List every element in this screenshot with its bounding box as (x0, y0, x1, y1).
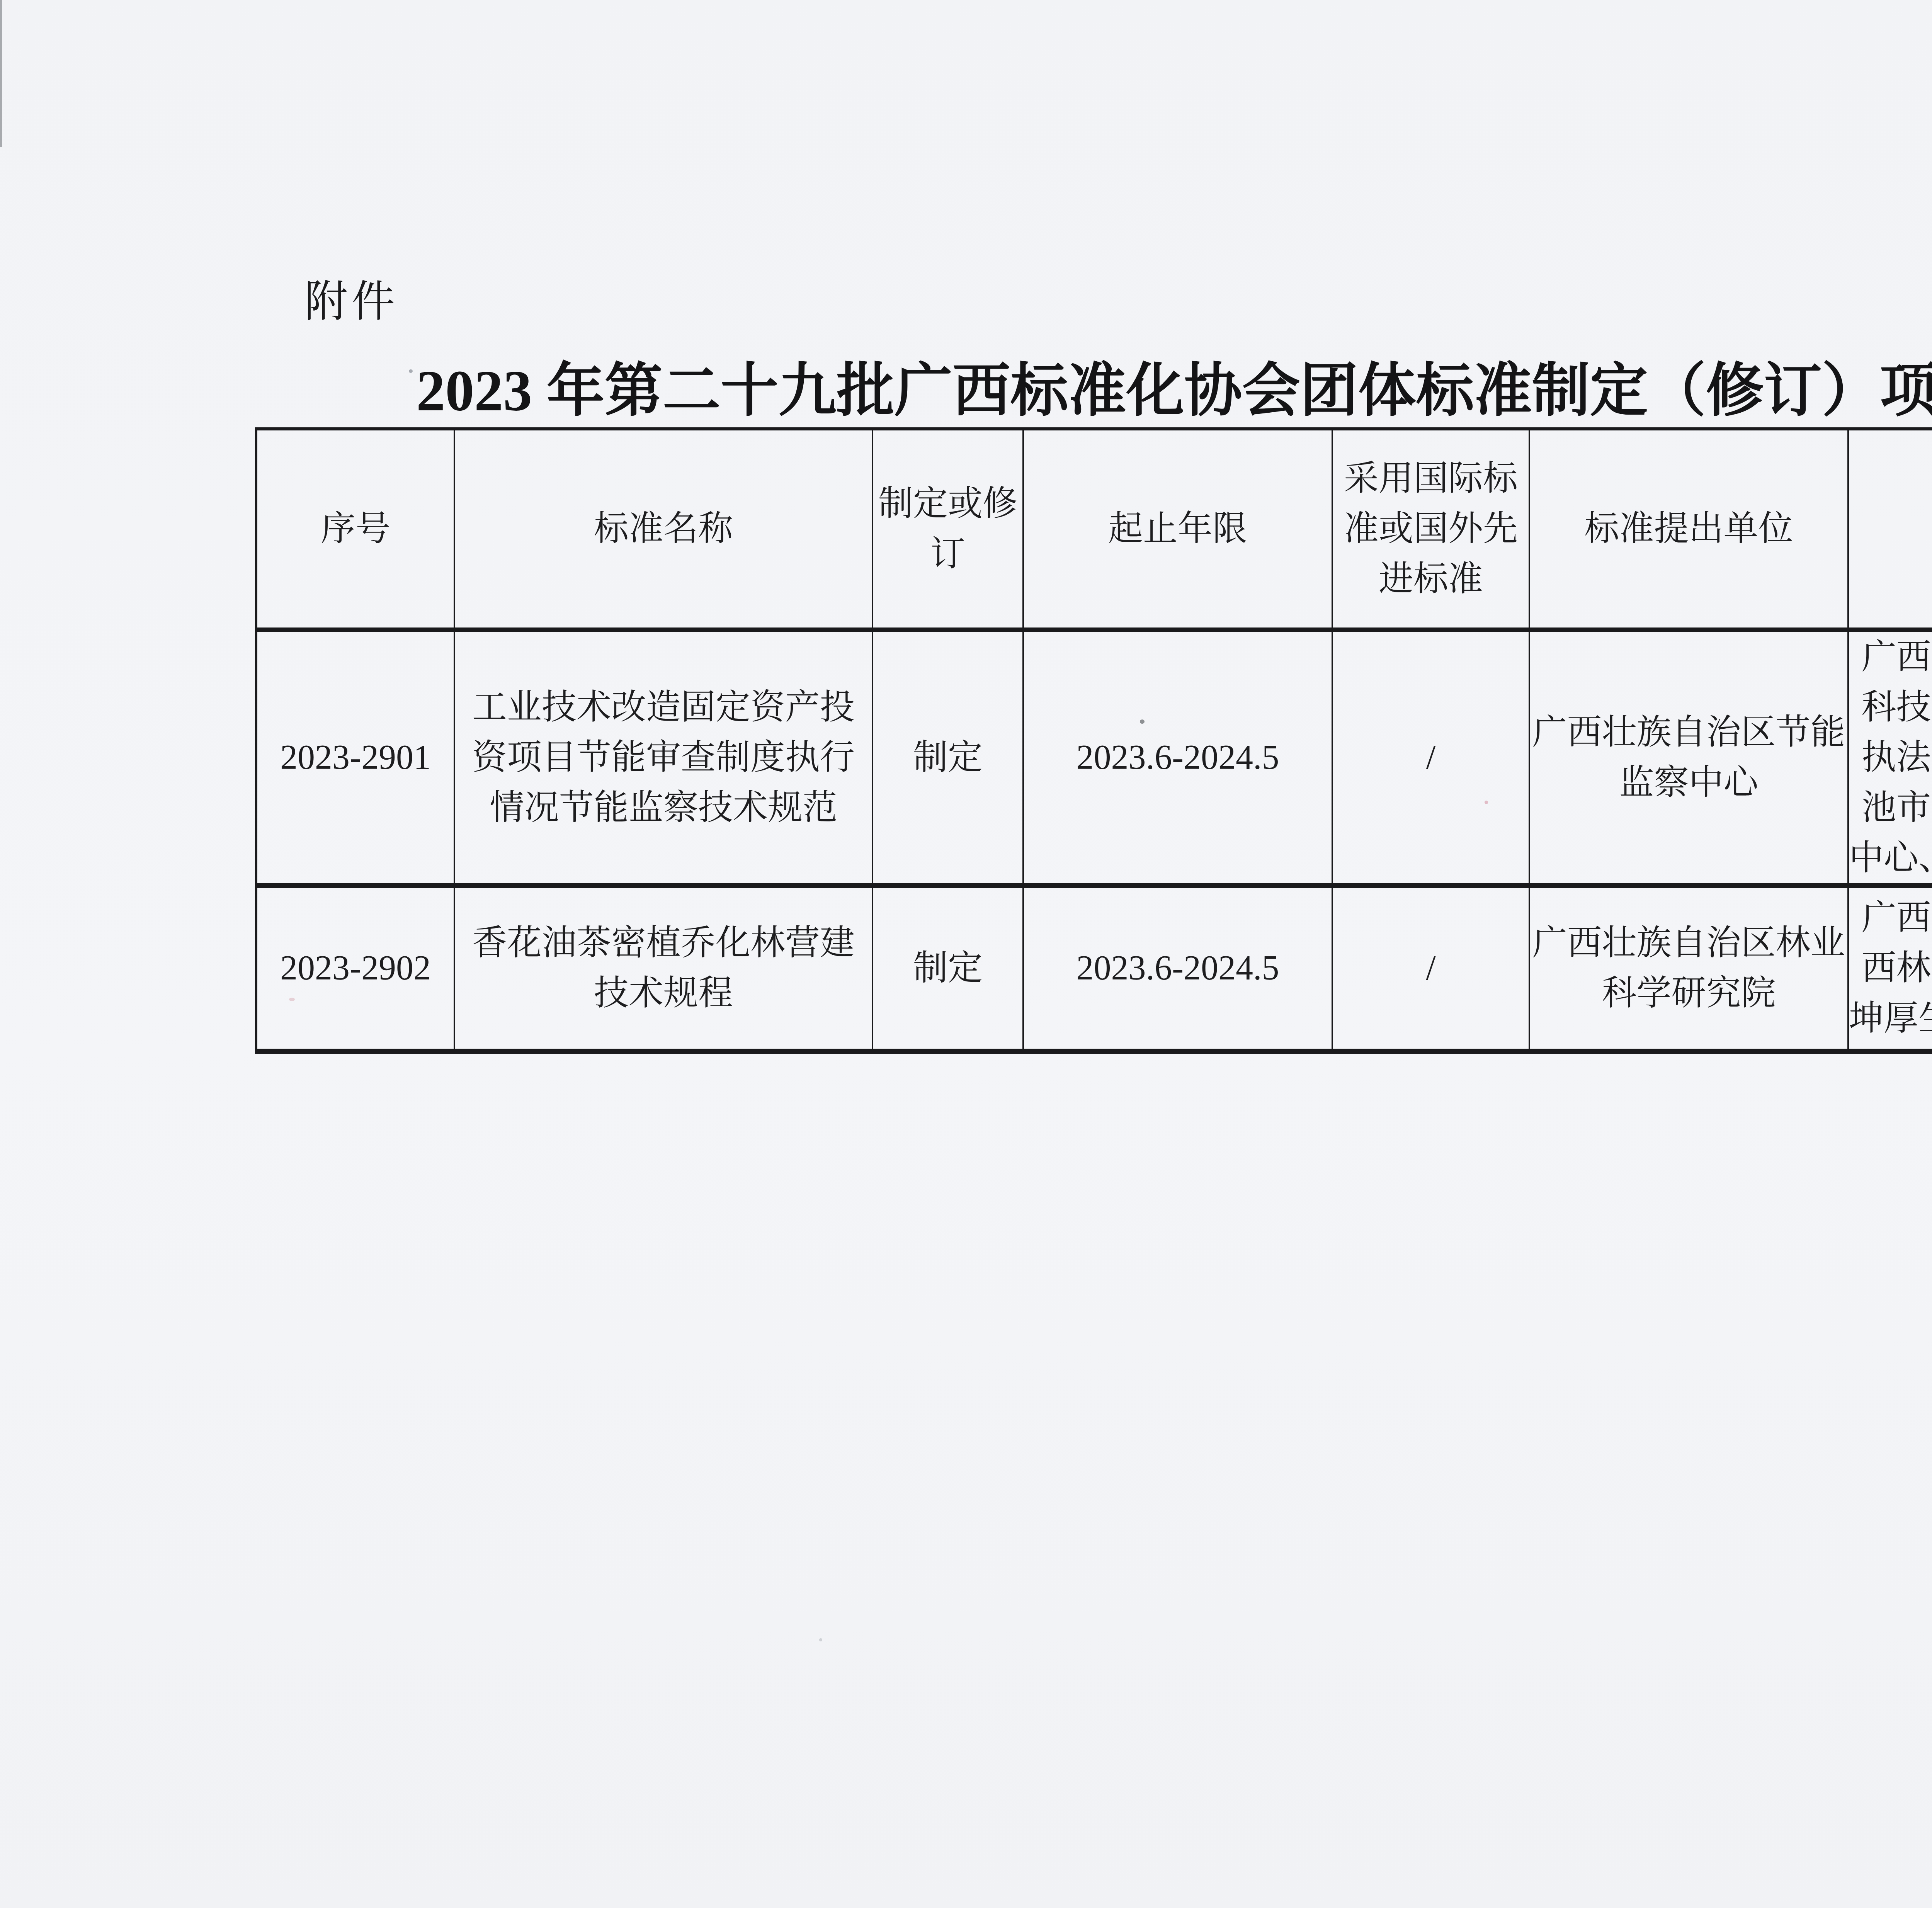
drafter-cell: 广西壮族自治区节能监察中心、广西科技大学、柳州市工业和信息化综合执法支队、梧州市… (1848, 630, 1932, 886)
period-cell: 2023.6-2024.5 (1023, 630, 1332, 886)
name-cell: 工业技术改造固定资产投资项目节能审查制度执行情况节能监察技术规范 (454, 630, 872, 886)
header-cell-adopt: 采用国际标准或国外先进标准 (1332, 429, 1529, 630)
seq-cell: 2023-2901 (256, 630, 454, 886)
name-cell: 香花油茶密植乔化林营建技术规程 (454, 886, 872, 1051)
scan-edge-streak (0, 0, 2, 147)
standards-plan-table: 序号 标准名称 制定或修订 起止年限 采用国际标准或国外先进标准 标准提出单位 … (255, 427, 1932, 1054)
proposer-cell: 广西壮族自治区节能监察中心 (1529, 630, 1848, 886)
document-title: 2023 年第二十九批广西标准化协会团体标准制定（修订）项目计划汇总表 (0, 359, 1932, 423)
type-cell: 制定 (872, 630, 1023, 886)
table-header-row: 序号 标准名称 制定或修订 起止年限 采用国际标准或国外先进标准 标准提出单位 … (256, 429, 1932, 630)
header-cell-period: 起止年限 (1023, 429, 1332, 630)
adopt-cell: / (1332, 886, 1529, 1051)
header-cell-drafter: 标准起草单位 (1848, 429, 1932, 630)
header-cell-type: 制定或修订 (872, 429, 1023, 630)
drafter-cell: 广西壮族自治区林业科学研究院、广西林润生物科技有限责任公司、广西坤厚生物科技有限… (1848, 886, 1932, 1051)
header-cell-proposer: 标准提出单位 (1529, 429, 1848, 630)
scanned-document-page: 附件 2023 年第二十九批广西标准化协会团体标准制定（修订）项目计划汇总表 序… (0, 0, 1932, 1908)
seq-cell: 2023-2902 (256, 886, 454, 1051)
header-cell-seq: 序号 (256, 429, 454, 630)
table-row: 2023-2902 香花油茶密植乔化林营建技术规程 制定 2023.6-2024… (256, 886, 1932, 1051)
scan-speck (819, 1638, 822, 1641)
adopt-cell: / (1332, 630, 1529, 886)
table-row: 2023-2901 工业技术改造固定资产投资项目节能审查制度执行情况节能监察技术… (256, 630, 1932, 886)
period-cell: 2023.6-2024.5 (1023, 886, 1332, 1051)
type-cell: 制定 (872, 886, 1023, 1051)
proposer-cell: 广西壮族自治区林业科学研究院 (1529, 886, 1848, 1051)
header-cell-name: 标准名称 (454, 429, 872, 630)
attachment-label: 附件 (304, 275, 399, 329)
